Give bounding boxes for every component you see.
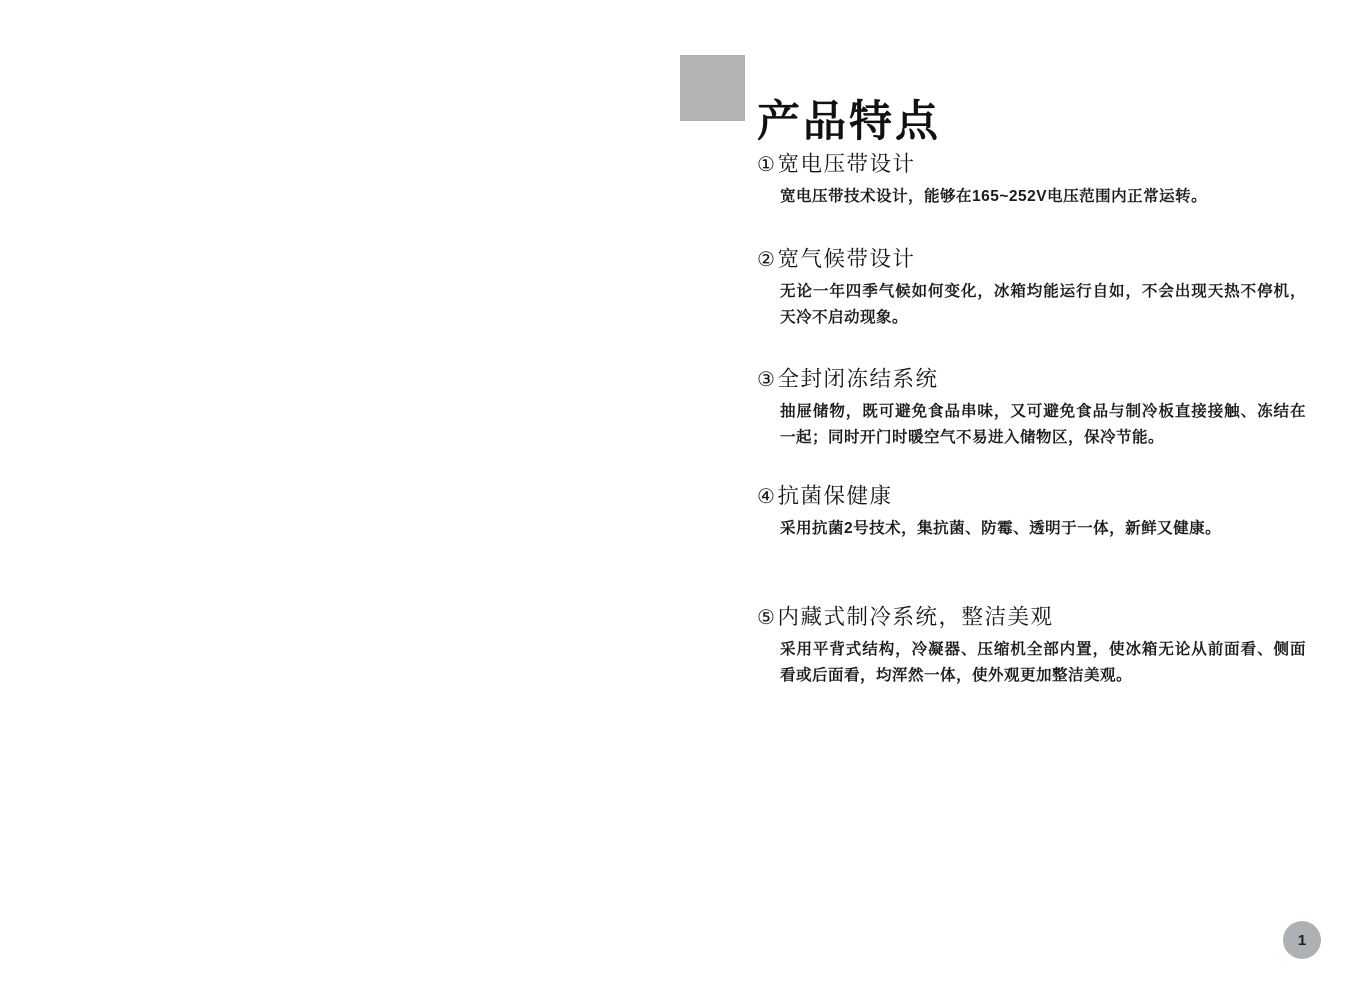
feature-heading: ②宽气候带设计 (757, 246, 1317, 274)
feature-number: ① (757, 154, 776, 176)
feature-body: 采用平背式结构，冷凝器、压缩机全部内置，使冰箱无论从前面看、侧面看或后面看，均浑… (780, 637, 1306, 688)
feature-title: 宽电压带设计 (777, 152, 915, 176)
page-title: 产品特点 (757, 99, 941, 146)
feature-title: 内藏式制冷系统，整洁美观 (777, 605, 1053, 629)
feature-heading: ①宽电压带设计 (757, 151, 1317, 179)
feature-body: 无论一年四季气候如何变化，冰箱均能运行自如，不会出现天热不停机，天冷不启动现象。 (780, 279, 1306, 330)
feature-body: 采用抗菌2号技术，集抗菌、防霉、透明于一体，新鲜又健康。 (780, 516, 1306, 542)
feature-section-3: ③全封闭冻结系统 抽屉储物，既可避免食品串味，又可避免食品与制冷板直接接触、冻结… (757, 366, 1317, 450)
manual-page: 产品特点 ①宽电压带设计 宽电压带技术设计，能够在165~252V电压范围内正常… (0, 0, 1352, 992)
feature-number: ④ (757, 486, 776, 508)
feature-section-2: ②宽气候带设计 无论一年四季气候如何变化，冰箱均能运行自如，不会出现天热不停机，… (757, 246, 1317, 330)
feature-body: 宽电压带技术设计，能够在165~252V电压范围内正常运转。 (780, 184, 1306, 210)
feature-number: ② (757, 249, 776, 271)
feature-title: 宽气候带设计 (777, 247, 915, 271)
page-number: 1 (1298, 932, 1306, 949)
feature-number: ③ (757, 369, 776, 391)
feature-heading: ③全封闭冻结系统 (757, 366, 1317, 394)
feature-body: 抽屉储物，既可避免食品串味，又可避免食品与制冷板直接接触、冻结在一起；同时开门时… (780, 399, 1306, 450)
feature-number: ⑤ (757, 607, 776, 629)
feature-section-5: ⑤内藏式制冷系统，整洁美观 采用平背式结构，冷凝器、压缩机全部内置，使冰箱无论从… (757, 604, 1317, 688)
feature-heading: ④抗菌保健康 (757, 483, 1317, 511)
feature-section-4: ④抗菌保健康 采用抗菌2号技术，集抗菌、防霉、透明于一体，新鲜又健康。 (757, 483, 1317, 542)
feature-heading: ⑤内藏式制冷系统，整洁美观 (757, 604, 1317, 632)
feature-title: 全封闭冻结系统 (777, 367, 938, 391)
feature-section-1: ①宽电压带设计 宽电压带技术设计，能够在165~252V电压范围内正常运转。 (757, 151, 1317, 210)
feature-title: 抗菌保健康 (777, 484, 892, 508)
title-accent-square (680, 55, 745, 121)
page-number-badge: 1 (1283, 921, 1321, 959)
